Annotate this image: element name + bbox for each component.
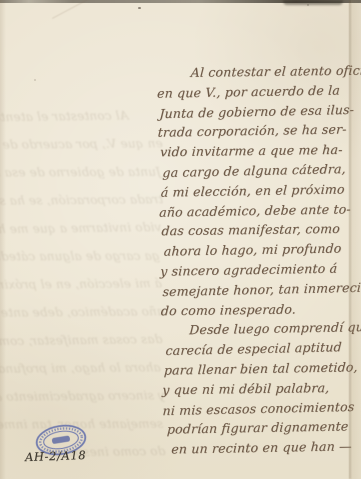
manuscript-line: en que V., por acuerdo de la (0, 129, 164, 158)
manuscript-line: Al contestar el atento oficio (0, 101, 164, 131)
manuscript-line: Junta de gobierno de esa ilus- (0, 158, 164, 187)
top-edge-blot (283, 0, 343, 5)
letter-text: Al contestar el atento oficioen que V., … (157, 60, 360, 459)
manuscript-line: en un recinto en que han — (163, 436, 360, 459)
page-fold-shade (351, 0, 361, 479)
scanned-manuscript-page: { "colors": { "paper": "#ece4d1", "ink":… (0, 0, 361, 479)
manuscript-line: Al contestar el atento oficio (156, 61, 353, 83)
reference-code: AH-2/A18 (25, 448, 87, 464)
manuscript-line: ahora lo hago, mi profundo (0, 353, 166, 382)
ink-speck (307, 4, 309, 6)
manuscript-line: ga cargo de alguna cátedra, (0, 242, 165, 271)
manuscript-line: y sincero agradecimiento á (0, 381, 166, 410)
manuscript-line: para llenar bien tal cometido, (161, 357, 358, 380)
manuscript-line: á mi elección, en el próximo (0, 269, 165, 298)
manuscript-line: año académico, debe ante to- (0, 297, 165, 326)
ink-speck (34, 79, 36, 81)
manuscript-line: y que ni mi débil palabra, (162, 377, 359, 399)
manuscript-line: trada corporación, se ha ser- (0, 185, 164, 214)
manuscript-line: das cosas manifestar, como (0, 325, 166, 355)
manuscript-line: vido invitarme a que me ha- (0, 213, 165, 243)
ink-speck (138, 7, 141, 9)
